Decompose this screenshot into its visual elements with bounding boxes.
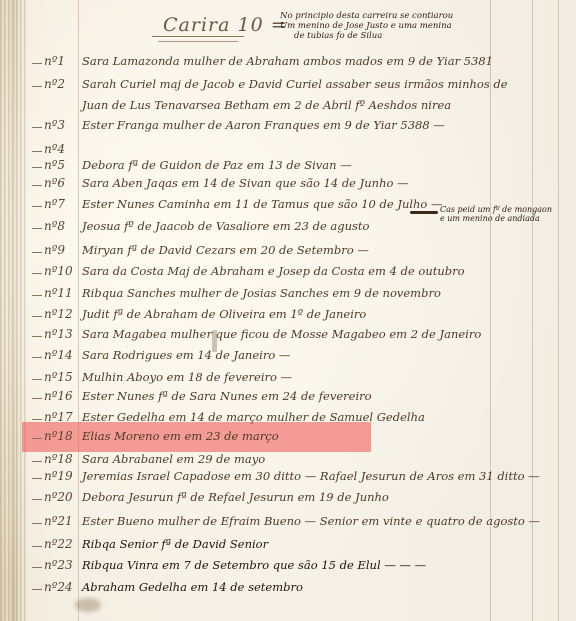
entry-number: nº16 — [44, 389, 76, 403]
entry-number: nº23 — [44, 558, 76, 572]
entry-number: nº24 — [44, 580, 76, 594]
entry-text: Ribqua Vinra em 7 de Setembro que são 15… — [82, 558, 426, 572]
entry-dash — [32, 252, 42, 253]
register-page: Carira 10 = No principio desta carreira … — [0, 0, 576, 621]
entry-number: nº18 — [44, 429, 76, 443]
entry-text: Sara da Costa Maj de Abraham e Josep da … — [82, 264, 465, 278]
entry-text: Jeosua fº de Jaacob de Vasaliore em 23 d… — [82, 219, 369, 233]
entry-dash — [32, 546, 42, 547]
entry-number: nº11 — [44, 286, 76, 300]
entry-text: Sara Abrabanel em 29 de mayo — [82, 452, 265, 466]
entry-text: Jeremias Israel Capadose em 30 ditto — R… — [82, 469, 540, 483]
entry-number: nº14 — [44, 348, 76, 362]
entry-dash — [32, 438, 42, 439]
entry-number: nº19 — [44, 469, 76, 483]
margin-note-line: Cas peid um fº de mongaon — [440, 205, 552, 214]
entry-number: nº22 — [44, 537, 76, 551]
page-title: Carira 10 = — [163, 14, 288, 36]
entry-dash — [32, 567, 42, 568]
entry-number: nº5 — [44, 158, 76, 172]
entry-text: Ester Franga mulher de Aaron Franques em… — [82, 118, 445, 132]
left-margin-rule — [78, 0, 79, 621]
margin-pointer-bar — [410, 211, 438, 214]
entry-text: Elias Moreno em em 23 de março — [82, 429, 279, 443]
entry-text: Ester Nunes Caminha em 11 de Tamus que s… — [82, 197, 443, 211]
entry-text: Ester Gedelha em 14 de março mulher de S… — [82, 410, 425, 424]
entry-dash — [32, 273, 42, 274]
entry-text: Ribqa Senior fª de David Senior — [82, 537, 268, 551]
entry-dash — [32, 336, 42, 337]
entry-number: nº9 — [44, 243, 76, 257]
entry-number: nº6 — [44, 176, 76, 190]
entry-text: Ester Nunes fª de Sara Nunes em 24 de fe… — [82, 389, 372, 403]
entry-dash — [32, 316, 42, 317]
entry-dash — [32, 499, 42, 500]
entry-dash — [32, 523, 42, 524]
header-note: No principio desta carreira se contiarou… — [280, 11, 490, 41]
ink-stain — [212, 330, 217, 352]
entry-text: Debora Jesurun fª de Refael Jesurun em 1… — [82, 490, 389, 504]
entry-number: nº20 — [44, 490, 76, 504]
title-underline-secondary — [158, 41, 238, 42]
entry-dash — [32, 228, 42, 229]
entry-number: nº3 — [44, 118, 76, 132]
entry-text: Mulhin Aboyo em 18 de fevereiro — — [82, 370, 292, 384]
entry-dash — [32, 398, 42, 399]
entry-number: nº13 — [44, 327, 76, 341]
entry-dash — [32, 206, 42, 207]
entry-number: nº17 — [44, 410, 76, 424]
entry-text: Sara Lamazonda mulher de Abraham ambos m… — [82, 54, 493, 68]
column-rule-3 — [558, 0, 559, 621]
entry-dash — [32, 357, 42, 358]
header-note-line: Um menino de Jose Justo e uma menina — [280, 21, 490, 31]
entry-text: Juan de Lus Tenavarsea Betham em 2 de Ab… — [82, 98, 451, 112]
book-binding — [0, 0, 26, 621]
entry-text: Judit fª de Abraham de Oliveira em 1º de… — [82, 307, 366, 321]
title-underline — [152, 36, 244, 37]
entry-dash — [32, 461, 42, 462]
entry-number: nº10 — [44, 264, 76, 278]
entry-text: Sarah Curiel maj de Jacob e David Curiel… — [82, 77, 508, 91]
entry-text: Miryan fª de David Cezars em 20 de Setem… — [82, 243, 369, 257]
ink-smudge — [75, 598, 101, 612]
entry-dash — [32, 86, 42, 87]
entry-text: Abraham Gedelha em 14 de setembro — [82, 580, 303, 594]
entry-text: Ester Bueno mulher de Efraim Bueno — Sen… — [82, 514, 540, 528]
entry-number: nº4 — [44, 142, 76, 156]
entry-dash — [32, 185, 42, 186]
entry-number: nº18 — [44, 452, 76, 466]
entry-text: Debora fª de Guidon de Paz em 13 de Siva… — [82, 158, 352, 172]
entry-number: nº2 — [44, 77, 76, 91]
margin-note: Cas peid um fº de mongaon e um menino de… — [440, 205, 552, 223]
entry-dash — [32, 151, 42, 152]
header-note-line: No principio desta carreira se contiarou — [280, 11, 490, 21]
entry-dash — [32, 167, 42, 168]
entry-text: Sara Magabea mulher que ficou de Mosse M… — [82, 327, 481, 341]
entry-dash — [32, 478, 42, 479]
header-note-line: de tubias fo de Silua — [280, 31, 490, 41]
entry-number: nº8 — [44, 219, 76, 233]
entry-dash — [32, 419, 42, 420]
entry-number: nº7 — [44, 197, 76, 211]
entry-dash — [32, 63, 42, 64]
entry-dash — [32, 127, 42, 128]
entry-text: Sara Aben Jaqas em 14 de Sivan que são 1… — [82, 176, 409, 190]
entry-number: nº12 — [44, 307, 76, 321]
entry-number: nº21 — [44, 514, 76, 528]
entry-dash — [32, 295, 42, 296]
entry-text: Ribqua Sanches mulher de Josias Sanches … — [82, 286, 441, 300]
entry-number: nº15 — [44, 370, 76, 384]
entry-text: Sara Rodrigues em 14 de Janeiro — — [82, 348, 290, 362]
margin-note-line: e um menino de andiada — [440, 214, 552, 223]
entry-dash — [32, 589, 42, 590]
entry-number: nº1 — [44, 54, 76, 68]
entry-dash — [32, 379, 42, 380]
